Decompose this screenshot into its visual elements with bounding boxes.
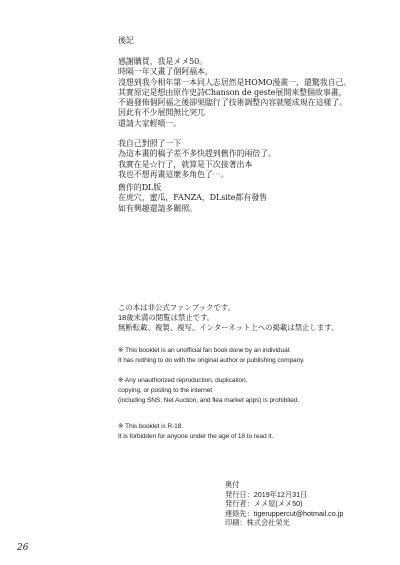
- afterword-line: 感謝購買，我是メメ50。: [118, 57, 351, 67]
- afterword-line: 不過發佈個阿福之後卻果臨行了技術調整內容就變成現在這樣了。: [118, 98, 351, 108]
- notice-line: copying, or posting to the internet: [118, 386, 299, 396]
- colophon: 奥付 発行日：2019年12月31日 発行者：メメ屋(メメ50) 連絡先：tig…: [225, 480, 343, 528]
- afterword-title: 後記: [118, 36, 134, 46]
- notice-line: It is forbidden for anyone under the age…: [118, 432, 273, 442]
- notice-line: (including SNS, Net Auction, and flea ma…: [118, 396, 299, 406]
- notice-reproduction: ※ Any unauthorized reproduction, duplica…: [118, 376, 299, 405]
- afterword-line: 時隔一年又畫了個阿福本，: [118, 67, 351, 77]
- afterword-line: 在虎穴，蜜瓜，FANZA，DLsite都有發售: [118, 193, 267, 203]
- afterword-line: 我實在是☆行了，就算是下次接著出本: [118, 160, 276, 170]
- colophon-date: 発行日：2019年12月31日: [225, 490, 343, 500]
- afterword-paragraph-1: 感謝購買，我是メメ50。 時隔一年又畫了個阿福本， 沒想到我今相年第一本同人志居…: [118, 57, 351, 129]
- afterword-line: 沒想到我今相年第一本同人志居然是HOMO漫畫一，還驚我自己。: [118, 78, 351, 88]
- colophon-contact: 連絡先：tigeruppercut@hotmail.co.jp: [225, 509, 343, 519]
- afterword-line: 我也不想再畫這麼多角色了⋯。: [118, 170, 276, 180]
- afterword-line: 還請大家輕噴一。: [118, 119, 351, 129]
- book-page: 後記 感謝購買，我是メメ50。 時隔一年又畫了個阿福本， 沒想到我今相年第一本同…: [0, 0, 400, 565]
- afterword-line: 我自己對照了一下: [118, 139, 276, 149]
- page-number: 26: [17, 543, 28, 553]
- colophon-publisher: 発行者：メメ屋(メメ50): [225, 499, 343, 509]
- afterword-line: 為這本畫的稿子差不多快趕到舊作的兩倍了。: [118, 149, 276, 159]
- notice-line: ※ This booklet is R-18.: [118, 422, 273, 432]
- notice-line: ※ This booklet is an unofficial fan book…: [118, 346, 305, 356]
- notice-line: この本は非公式ファンブックです。: [118, 303, 338, 313]
- colophon-title: 奥付: [225, 480, 343, 490]
- notice-line: It has nothing to do with the original a…: [118, 356, 305, 366]
- colophon-printer: 印刷：株式会社栄光: [225, 518, 343, 528]
- notice-line: 18歳未満の閲覧は禁止です。: [118, 313, 338, 323]
- afterword-line: 其實原定是想由原作史詩Chanson de geste展開來整個故事畫，: [118, 88, 351, 98]
- notice-line: 無断転載、複製、複写、インターネット上への掲載は禁止します。: [118, 323, 338, 333]
- notice-age: ※ This booklet is R-18. It is forbidden …: [118, 422, 273, 442]
- notice-unofficial: ※ This booklet is an unofficial fan book…: [118, 346, 305, 366]
- afterword-line: 如有興趣還請多關照。: [118, 204, 267, 214]
- notice-line: ※ Any unauthorized reproduction, duplica…: [118, 376, 299, 386]
- afterword-paragraph-2: 我自己對照了一下 為這本畫的稿子差不多快趕到舊作的兩倍了。 我實在是☆行了，就算…: [118, 139, 276, 180]
- afterword-line: 舊作的DL版: [118, 183, 267, 193]
- notice-japanese: この本は非公式ファンブックです。 18歳未満の閲覧は禁止です。 無断転載、複製、…: [118, 303, 338, 333]
- afterword-paragraph-3: 舊作的DL版 在虎穴，蜜瓜，FANZA，DLsite都有發售 如有興趣還請多關照…: [118, 183, 267, 214]
- afterword-line: 因此有不少展開無比突兀: [118, 108, 351, 118]
- afterword-title-block: 後記: [118, 36, 134, 46]
